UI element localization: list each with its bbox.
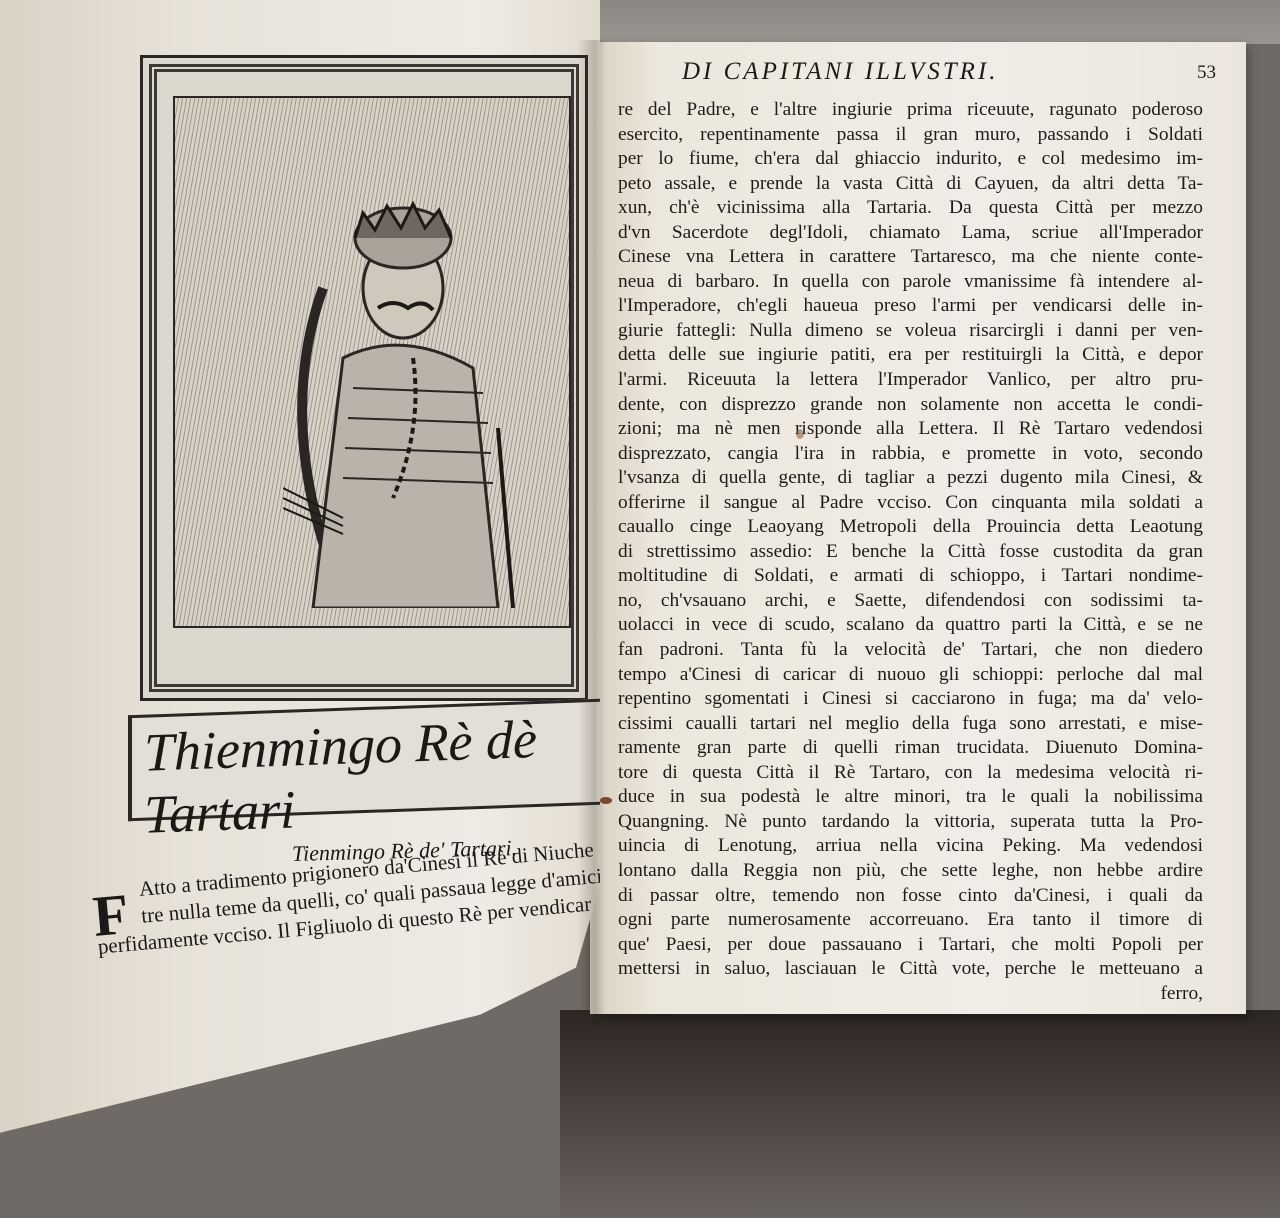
text-line: disprezzato, cangia l'ira in rabbia, e p… bbox=[618, 442, 1203, 467]
text-line: per lo fiume, ch'era dal ghiaccio induri… bbox=[618, 147, 1203, 172]
text-line: moltitudine di Soldati, e armati di schi… bbox=[618, 564, 1203, 589]
text-line: esercito, repentinamente passa il gran m… bbox=[618, 123, 1203, 148]
drop-cap: F bbox=[91, 885, 131, 946]
right-page: DI CAPITANI ILLVSTRI. 53 re del Padre, e… bbox=[590, 42, 1246, 1014]
text-line: cissimi caualli tartari nel meglio della… bbox=[618, 712, 1203, 737]
text-line: tore di questa Città il Rè Tartaro, con … bbox=[618, 761, 1203, 786]
text-line: xun, ch'è vicinissima alla Tartaria. Da … bbox=[618, 196, 1203, 221]
text-line: giurie fattegli: Nulla dimeno se voleua … bbox=[618, 319, 1203, 344]
left-page: Thienmingo Rè dè Tartari Tienmingo Rè de… bbox=[0, 0, 600, 1180]
text-line: cauallo cinge Leaoyang Metropoli della P… bbox=[618, 515, 1203, 540]
running-head: DI CAPITANI ILLVSTRI. bbox=[682, 58, 1202, 86]
engraving-background bbox=[173, 96, 571, 628]
text-line: l'vsanza di quella gente, di tagliar a p… bbox=[618, 466, 1203, 491]
text-line: uolacci in vece di scudo, scalano da qua… bbox=[618, 613, 1203, 638]
text-line: fan padroni. Tanta fù la velocità de' Ta… bbox=[618, 638, 1203, 663]
text-line: l'armi. Riceuuta la lettera l'Imperador … bbox=[618, 368, 1203, 393]
text-line: no, ch'vsauano archi, e Saette, difenden… bbox=[618, 589, 1203, 614]
text-line: duce in sua podestà le altre minori, tra… bbox=[618, 785, 1203, 810]
text-line: offerirne il sangue al Padre vcciso. Con… bbox=[618, 491, 1203, 516]
right-page-body: re del Padre, e l'altre ingiurie prima r… bbox=[618, 98, 1203, 1006]
text-line: d'vn Sacerdote degl'Idoli, chiamato Lama… bbox=[618, 221, 1203, 246]
king-portrait-figure bbox=[283, 168, 523, 608]
text-line: lontano dalla Reggia non più, che sette … bbox=[618, 859, 1203, 884]
text-line: ramente gran parte di quelli riman truci… bbox=[618, 736, 1203, 761]
text-line: uincia di Lenotung, arriua nella vicina … bbox=[618, 834, 1203, 859]
text-line: l'Imperadore, ch'egli haueua preso l'arm… bbox=[618, 294, 1203, 319]
engraving-illustration bbox=[140, 55, 588, 701]
text-line: tempo a'Cinesi di caricar di nuouo gli s… bbox=[618, 663, 1203, 688]
text-line: re del Padre, e l'altre ingiurie prima r… bbox=[618, 98, 1203, 123]
text-line: dente, con disprezzo grande non solament… bbox=[618, 393, 1203, 418]
text-line: Cinese vna Lettera in carattere Tartares… bbox=[618, 245, 1203, 270]
text-line: mettersi in saluo, lasciauan le Città vo… bbox=[618, 957, 1203, 982]
page-number: 53 bbox=[1197, 62, 1216, 84]
foxing-stain bbox=[796, 429, 804, 439]
text-line: ogni parte numerosamente accorreuano. Er… bbox=[618, 908, 1203, 933]
text-line: zioni; ma nè men risponde alla Lettera. … bbox=[618, 417, 1203, 442]
catchword: ferro, bbox=[618, 982, 1203, 1007]
engraving-caption: Thienmingo Rè dè Tartari bbox=[144, 706, 602, 846]
text-line: detta delle sue ingiurie patiti, era per… bbox=[618, 343, 1203, 368]
text-line: peto assale, e prende la vasta Città di … bbox=[618, 172, 1203, 197]
text-line: di passar oltre, temendo non fosse cinto… bbox=[618, 884, 1203, 909]
book-gutter bbox=[578, 40, 606, 1020]
engraving-caption-banner: Thienmingo Rè dè Tartari bbox=[128, 699, 602, 822]
text-line: que' Paesi, per doue passauano i Tartari… bbox=[618, 933, 1203, 958]
book-shadow bbox=[560, 1010, 1280, 1218]
text-line: di strettissimo assedio: E benche la Cit… bbox=[618, 540, 1203, 565]
text-line: Quangning. Nè punto tardando la vittoria… bbox=[618, 810, 1203, 835]
text-line: neua di barbaro. In quella con parole vm… bbox=[618, 270, 1203, 295]
text-line: repentino sgomentati i Cinesi si cacciar… bbox=[618, 687, 1203, 712]
